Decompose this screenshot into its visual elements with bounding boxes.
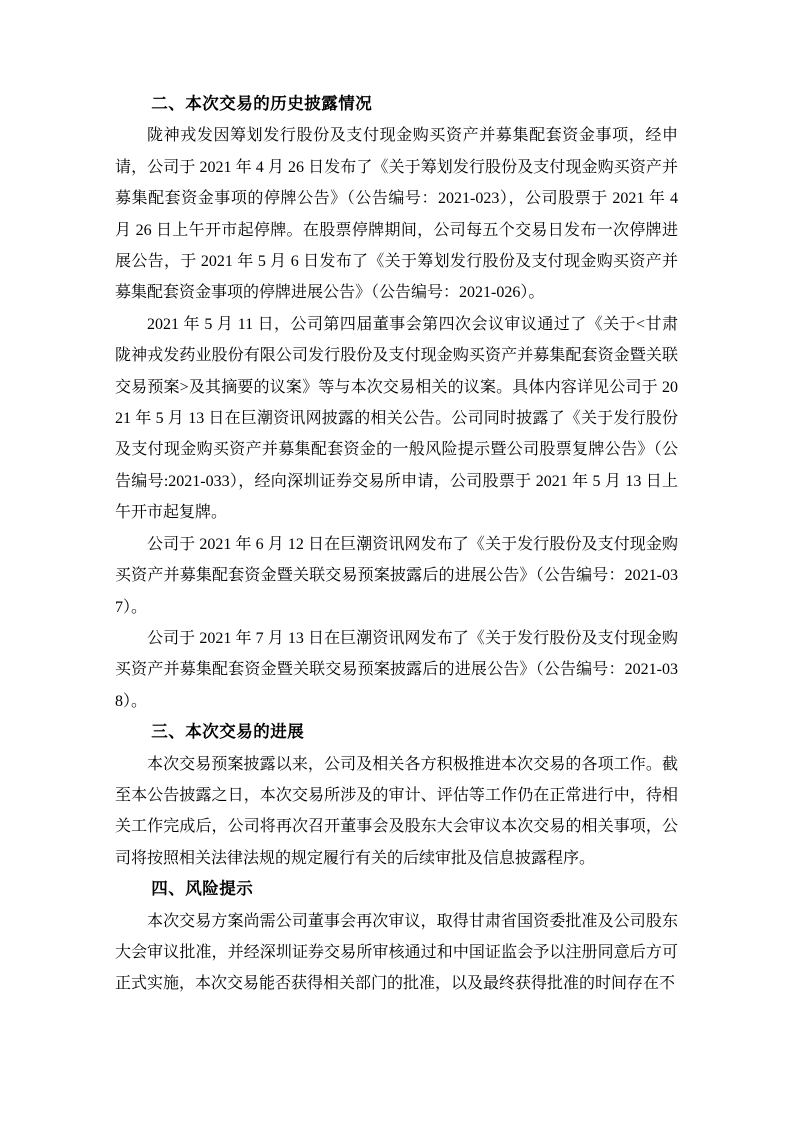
paragraph-board-meeting-resumption: 2021 年 5 月 11 日，公司第四届董事会第四次会议审议通过了《关于<甘肃… bbox=[115, 309, 678, 529]
section-heading-risk-warning: 四、风险提示 bbox=[115, 874, 678, 905]
document-page: 二、本次交易的历史披露情况 陇神戎发因筹划发行股份及支付现金购买资产并募集配套资… bbox=[0, 0, 793, 1122]
section-heading-history-disclosure: 二、本次交易的历史披露情况 bbox=[115, 89, 678, 120]
section-history-disclosure: 二、本次交易的历史披露情况 陇神戎发因筹划发行股份及支付现金购买资产并募集配套资… bbox=[115, 89, 678, 717]
section-risk-warning: 四、风险提示 本次交易方案尚需公司董事会再次审议，取得甘肃省国资委批准及公司股东… bbox=[115, 874, 678, 1000]
section-heading-transaction-progress: 三、本次交易的进展 bbox=[115, 717, 678, 748]
paragraph-progress-announcement-038: 公司于 2021 年 7 月 13 日在巨潮资讯网发布了《关于发行股份及支付现金… bbox=[115, 623, 678, 717]
section-transaction-progress: 三、本次交易的进展 本次交易预案披露以来，公司及相关各方积极推进本次交易的各项工… bbox=[115, 717, 678, 874]
paragraph-risk-warning: 本次交易方案尚需公司董事会再次审议，取得甘肃省国资委批准及公司股东大会审议批准，… bbox=[115, 906, 678, 1000]
paragraph-suspension-announcement: 陇神戎发因筹划发行股份及支付现金购买资产并募集配套资金事项，经申请，公司于 20… bbox=[115, 120, 678, 308]
paragraph-progress-announcement-037: 公司于 2021 年 6 月 12 日在巨潮资讯网发布了《关于发行股份及支付现金… bbox=[115, 529, 678, 623]
paragraph-transaction-progress: 本次交易预案披露以来，公司及相关各方积极推进本次交易的各项工作。截至本公告披露之… bbox=[115, 749, 678, 875]
